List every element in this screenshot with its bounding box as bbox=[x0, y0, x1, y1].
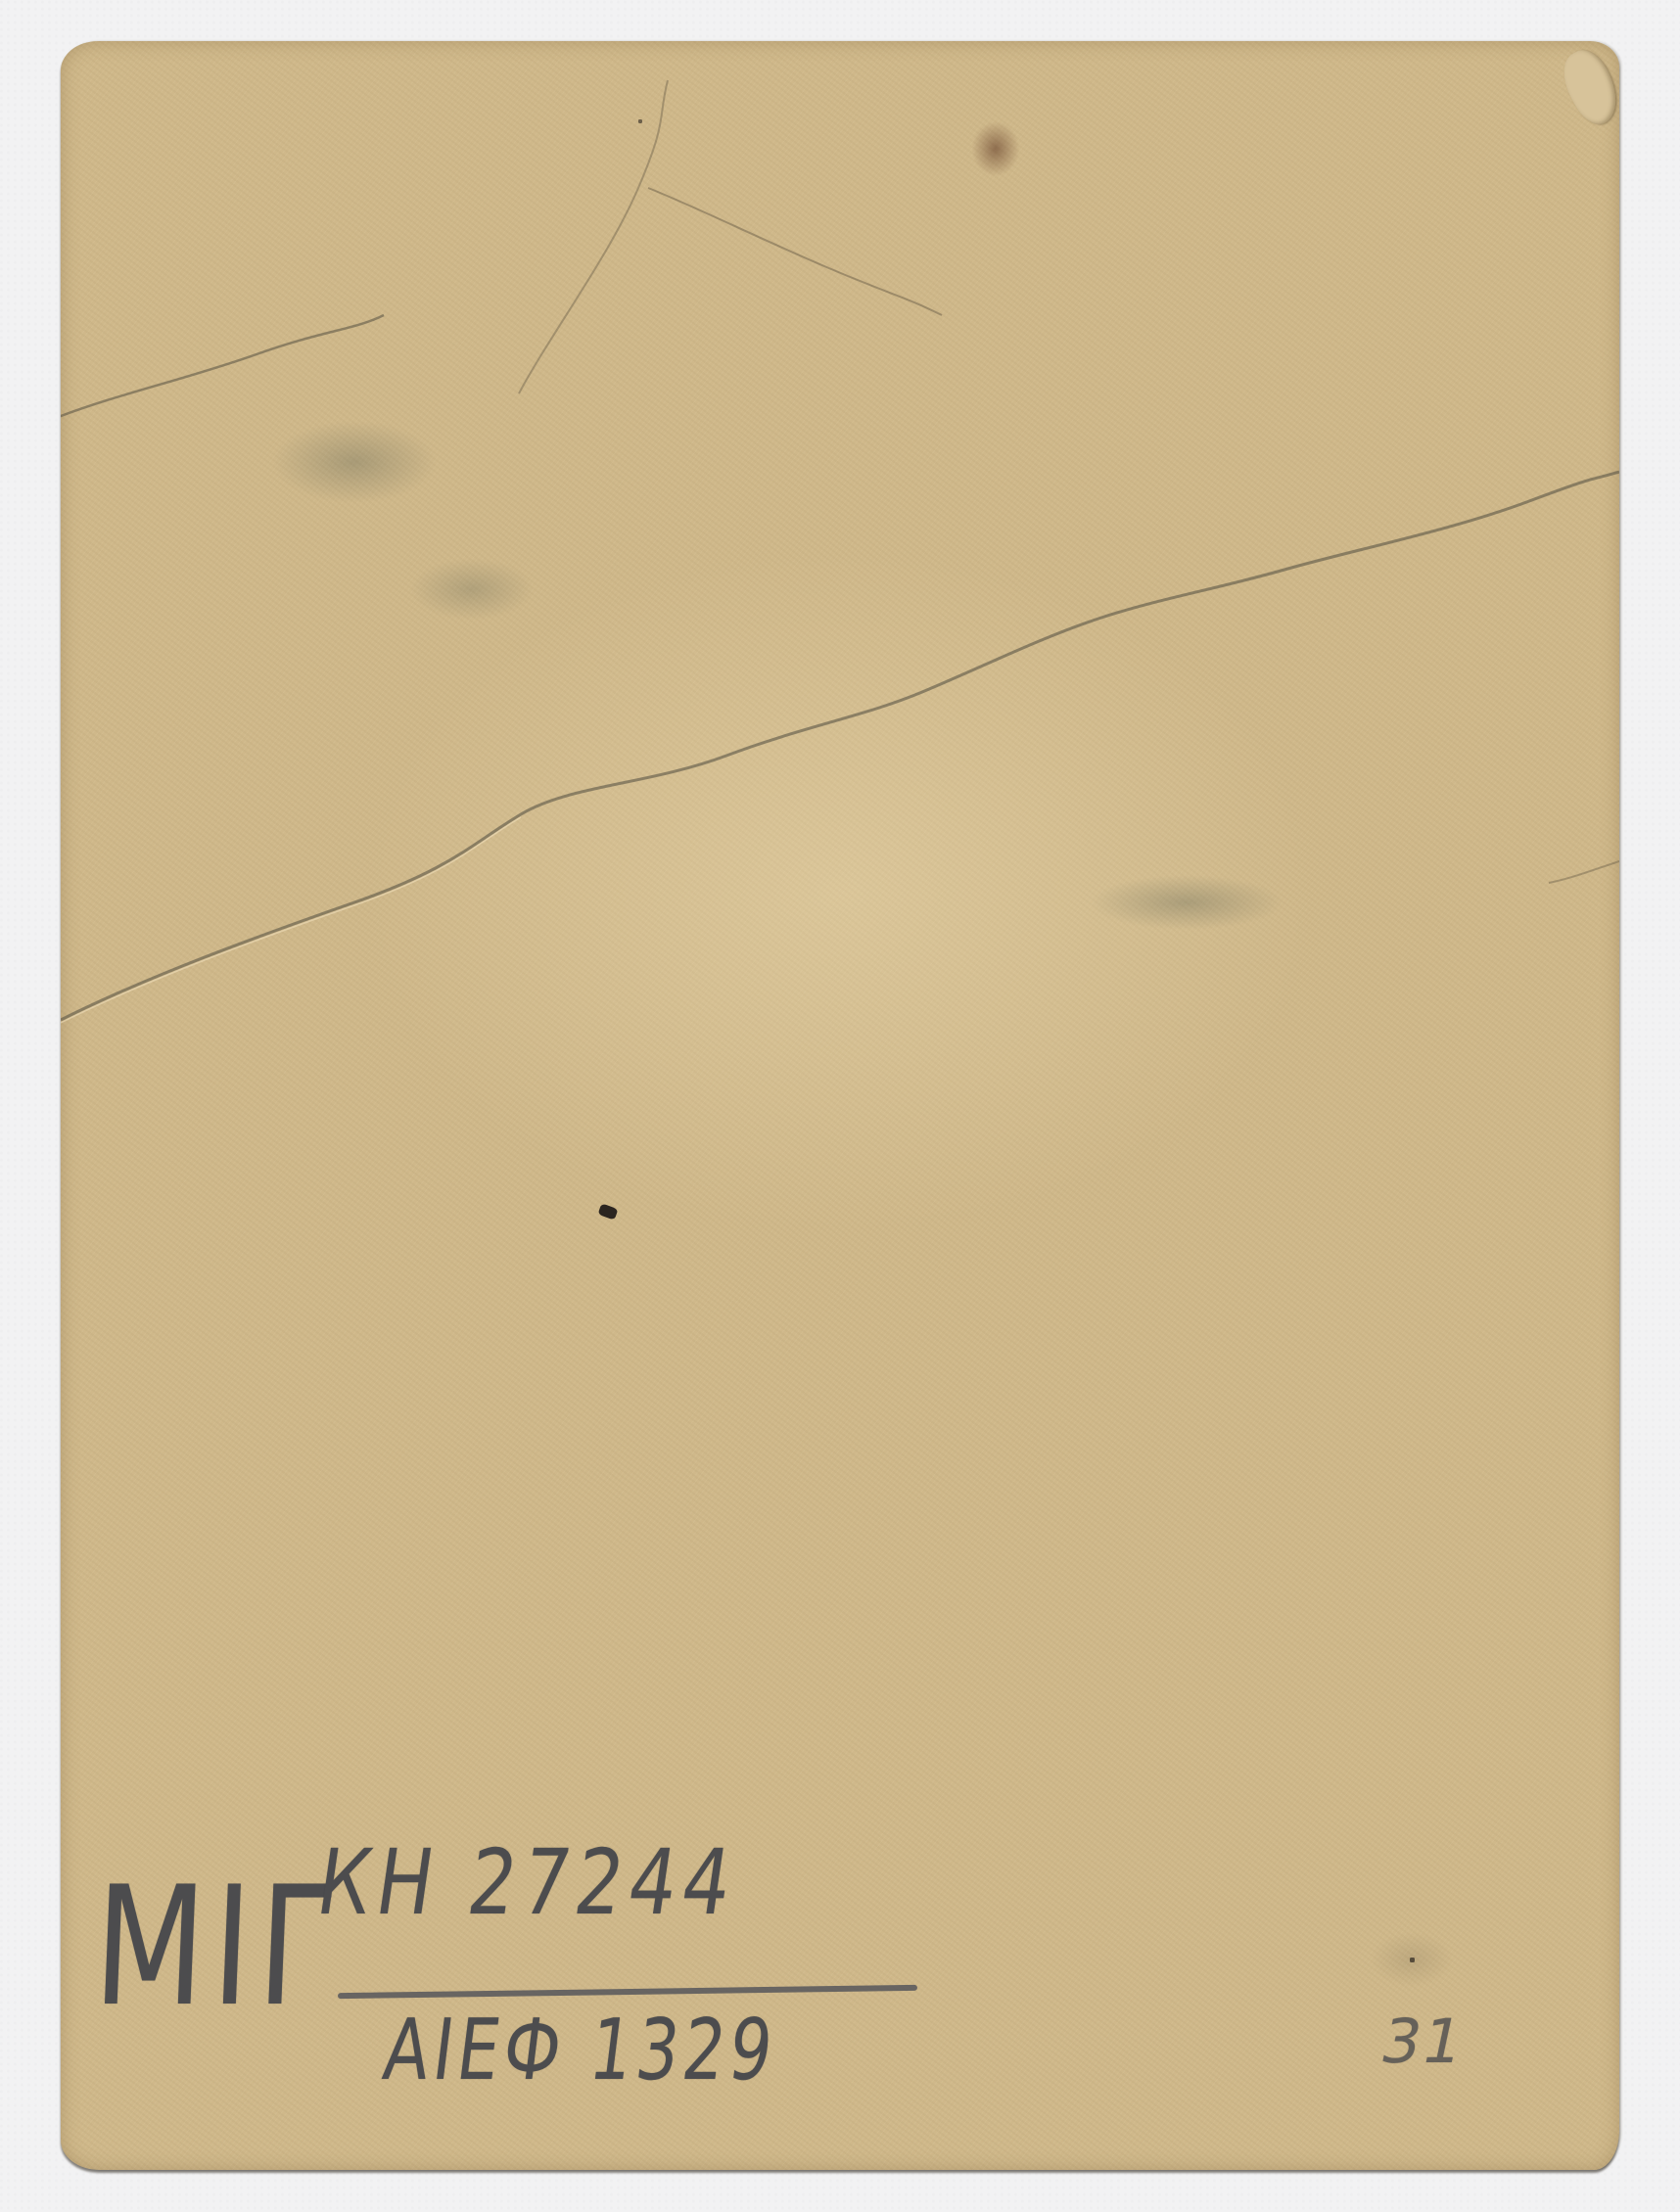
collection-mark: МІГ bbox=[91, 1865, 348, 2029]
ink-speck bbox=[638, 119, 642, 123]
archive-number: АІЕФ 1329 bbox=[379, 2008, 781, 2093]
ink-speck bbox=[1410, 1958, 1415, 1962]
inventory-number: КН 27244 bbox=[312, 1838, 743, 1928]
page-number: 31 bbox=[1376, 2011, 1470, 2072]
ink-speck bbox=[597, 1203, 618, 1220]
